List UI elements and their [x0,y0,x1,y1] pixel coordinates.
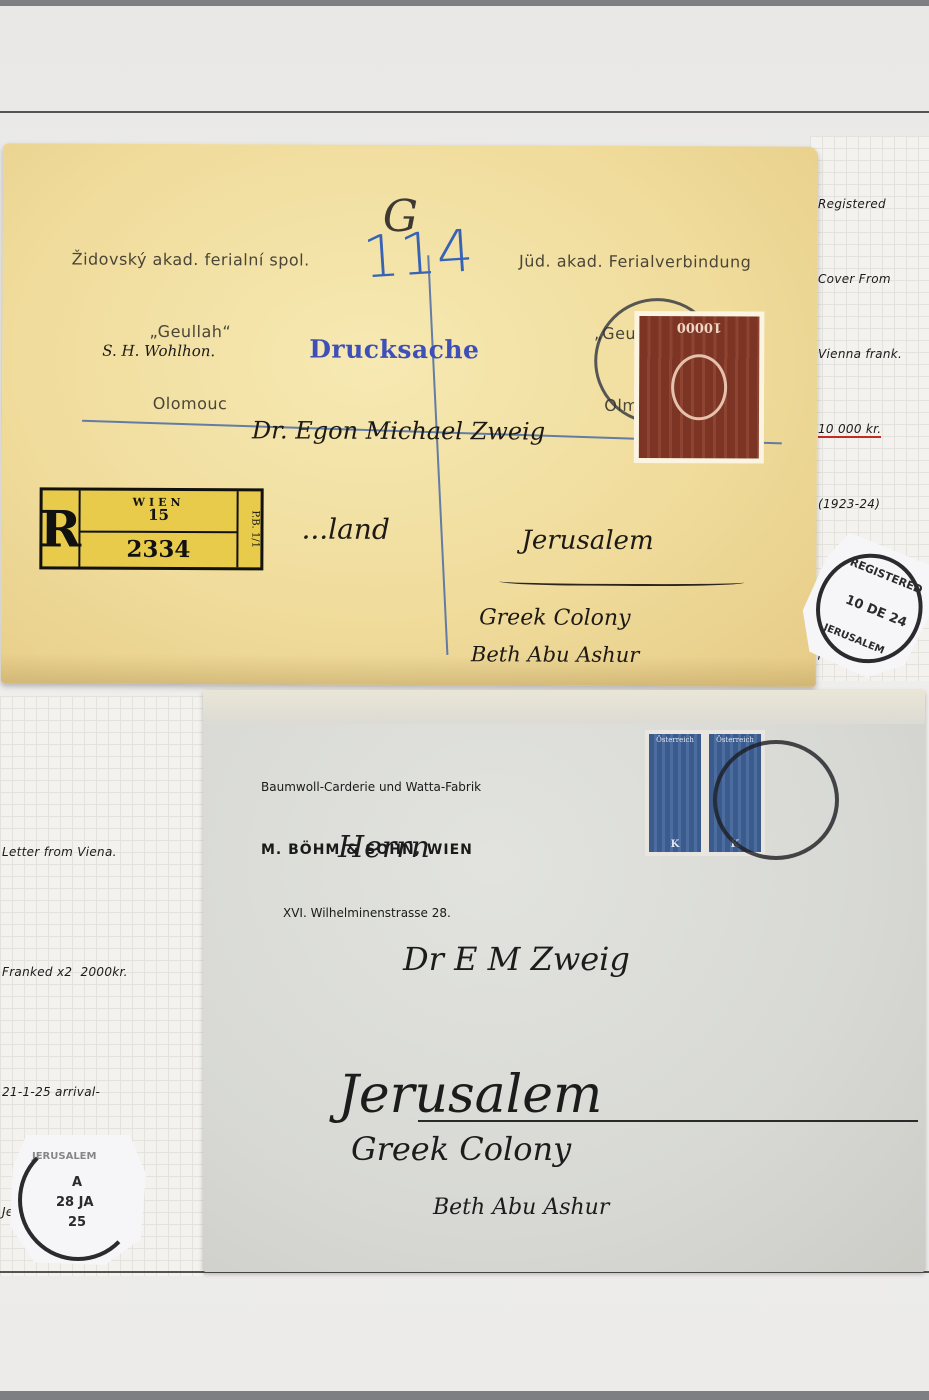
cancel-letter: A [72,1175,82,1190]
destination-street: Beth Abu Ashur [433,1195,609,1220]
header-line: Židovský akad. ferialní spol. [11,247,371,273]
salutation: Herrn [338,830,430,865]
page-rule-top [0,111,929,113]
stamp-face-icon [671,354,727,420]
arrival-cancel-cutout: JERUSALEM A 28 JA 25 [10,1135,146,1265]
destination-city: Jerusalem [338,1065,602,1125]
stamp-unit: K [649,839,701,850]
cancel-top-text: REGISTERED [848,555,924,596]
note-line: 21-1-25 arrival- [2,1072,128,1112]
cancel-ring: JERUSALEM A 28 JA 25 [18,1139,138,1261]
stamp-10000-kronen: 10000 [634,311,765,464]
stamp-2000-kronen-1: Österreich K [645,730,705,856]
destination-district: Greek Colony [351,1130,571,1168]
registration-label: R WIEN 15 2334 P.B. 1/1 [39,487,263,570]
stamp-design: Österreich K [649,734,701,852]
wien-postmark [713,740,839,860]
destination-street: Beth Abu Ashur [471,642,639,667]
addressee-name: Dr. Egon Michael Zweig [252,416,545,445]
registration-center: WIEN 15 2334 [80,491,238,568]
office-number: 15 [81,509,237,523]
destination-city: Jerusalem [521,525,653,556]
addressee-name: Dr E M Zweig [403,940,630,978]
note-line-underlined: 10 000 kr. [818,422,881,438]
registration-letter: R [42,490,80,566]
cancel-bottom-text: JERUSALEM [822,622,886,656]
stamp-value: 10000 [634,319,764,335]
note-line: Franked x2 2000kr. [2,952,128,992]
registration-number: 2334 [80,533,236,568]
drucksache-handstamp: Drucksache [309,335,479,365]
letter-envelope: Baumwoll-Carderie und Watta-Fabrik M. BÖ… [203,690,925,1272]
note-line: Vienna frank. [818,342,929,367]
note-line: Letter from Viena. [2,832,128,872]
city-underline [499,575,744,586]
destination-district: Greek Colony [479,605,631,631]
cancel-date: 10 DE 24 [843,593,909,631]
header-line: Olomouc [10,391,370,417]
envelope-edge-shadow [1,653,816,687]
blue-pencil-vertical-line [427,255,448,655]
note-line: (1923-24) [818,492,929,517]
registered-cover-envelope: Židovský akad. ferialní spol. „Geullah“ … [1,143,818,687]
stamp-header: Österreich [649,736,701,744]
sender-name: S. H. Wohlhon. [102,342,215,360]
header-line: Jüd. akad. Ferialverbindung [463,249,808,275]
business-line: Baumwoll-Carderie und Watta-Fabrik [261,777,481,798]
envelope-flap [203,690,925,724]
blue-pencil-number: 114 [361,216,476,291]
cancel-year: 25 [68,1215,86,1230]
registration-side-text: P.B. 1/1 [238,491,260,567]
city-underline [418,1120,918,1122]
business-address: XVI. Wilhelminenstrasse 28. [261,903,481,924]
cancel-date: 28 JA [56,1195,94,1210]
note-line: Cover From [818,267,929,292]
stamp-design [639,316,760,459]
crossed-out-destination: ...land [301,513,389,546]
cancel-top-text: JERUSALEM [32,1151,96,1162]
registration-office: WIEN 15 [80,491,236,534]
note-line: Registered [818,192,929,217]
